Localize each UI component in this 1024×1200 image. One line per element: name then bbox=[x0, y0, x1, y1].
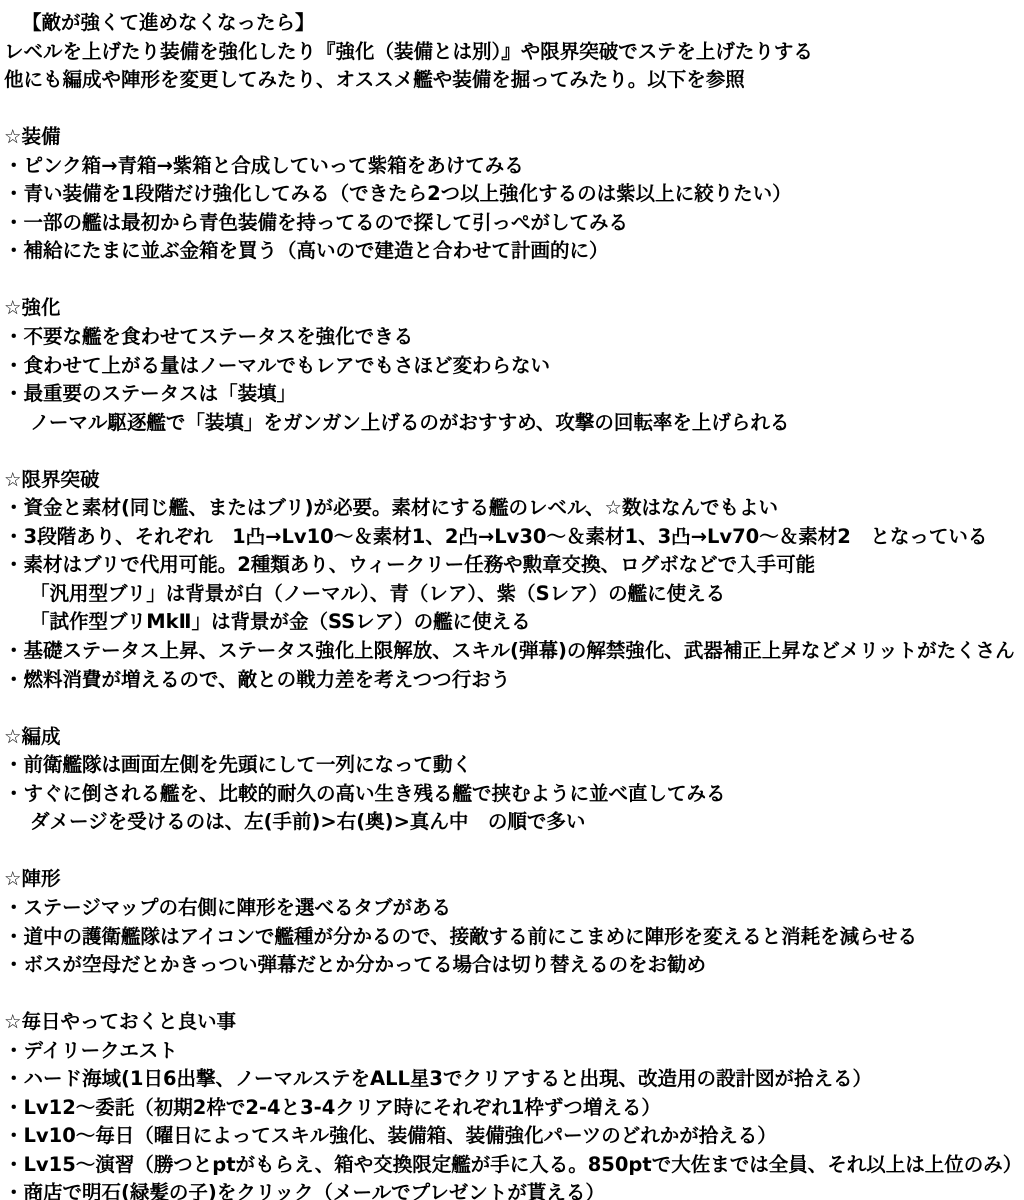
bullet-item: ・ステージマップの右側に陣形を選べるタブがある bbox=[4, 894, 1020, 923]
continuation-line: ノーマル駆逐艦で「装填」をガンガン上げるのがおすすめ、攻撃の回転率を上げられる bbox=[4, 409, 1020, 438]
intro-line-1: レベルを上げたり装備を強化したり『強化（装備とは別）』や限界突破でステを上げたり… bbox=[4, 38, 1020, 67]
bullet-item: ・最重要のステータスは「装填」 bbox=[4, 380, 1020, 409]
bullet-item: ・Lv15～演習（勝つとptがもらえ、箱や交換限定艦が手に入る。850ptで大佐… bbox=[4, 1151, 1020, 1180]
bullet-item: ・道中の護衛艦隊はアイコンで艦種が分かるので、接敵する前にこまめに陣形を変えると… bbox=[4, 923, 1020, 952]
bullet-item: ・Lv12～委託（初期2枠で2-4と3-4クリア時にそれぞれ1枠ずつ増える） bbox=[4, 1094, 1020, 1123]
intro-line-2: 他にも編成や陣形を変更してみたり、オススメ艦や装備を掘ってみたり。以下を参照 bbox=[4, 66, 1020, 95]
section-heading-equipment: ☆装備 bbox=[4, 123, 1020, 152]
bullet-item: ・ピンク箱→青箱→紫箱と合成していって紫箱をあけてみる bbox=[4, 152, 1020, 181]
bullet-item: ・ハード海域(1日6出撃、ノーマルステをALL星3でクリアすると出現、改造用の設… bbox=[4, 1065, 1020, 1094]
bullet-item: ・ボスが空母だとかきっつい弾幕だとか分かってる場合は切り替えるのをお勧め bbox=[4, 951, 1020, 980]
bullet-item: ・Lv10～毎日（曜日によってスキル強化、装備箱、装備強化パーツのどれかが拾える… bbox=[4, 1122, 1020, 1151]
section-heading-formation: ☆陣形 bbox=[4, 865, 1020, 894]
section-heading-daily-tasks: ☆毎日やっておくと良い事 bbox=[4, 1008, 1020, 1037]
bullet-item: ・燃料消費が増えるので、敵との戦力差を考えつつ行おう bbox=[4, 666, 1020, 695]
section-heading-limit-break: ☆限界突破 bbox=[4, 466, 1020, 495]
bullet-item: ・資金と素材(同じ艦、またはブリ)が必要。素材にする艦のレベル、☆数はなんでもよ… bbox=[4, 494, 1020, 523]
bullet-item: ・前衛艦隊は画面左側を先頭にして一列になって動く bbox=[4, 751, 1020, 780]
blank-line bbox=[4, 837, 1020, 866]
continuation-line: 「試作型ブリMkⅡ」は背景が金（SSレア）の艦に使える bbox=[4, 608, 1020, 637]
bullet-item: ・青い装備を1段階だけ強化してみる（できたら2つ以上強化するのは紫以上に絞りたい… bbox=[4, 180, 1020, 209]
bullet-item: ・補給にたまに並ぶ金箱を買う（高いので建造と合わせて計画的に） bbox=[4, 237, 1020, 266]
bullet-item: ・すぐに倒される艦を、比較的耐久の高い生き残る艦で挟むように並べ直してみる bbox=[4, 780, 1020, 809]
blank-line bbox=[4, 266, 1020, 295]
continuation-line: ダメージを受けるのは、左(手前)>右(奥)>真ん中 の順で多い bbox=[4, 808, 1020, 837]
continuation-line: 「汎用型ブリ」は背景が白（ノーマル）、青（レア）、紫（Sレア）の艦に使える bbox=[4, 580, 1020, 609]
blank-line bbox=[4, 980, 1020, 1009]
bullet-item: ・3段階あり、それぞれ 1凸→Lv10～＆素材1、2凸→Lv30～＆素材1、3凸… bbox=[4, 523, 1020, 552]
doc-title: 【敵が強くて進めなくなったら】 bbox=[4, 9, 1020, 38]
bullet-item: ・基礎ステータス上昇、ステータス強化上限解放、スキル(弾幕)の解禁強化、武器補正… bbox=[4, 637, 1020, 666]
blank-line bbox=[4, 437, 1020, 466]
bullet-item: ・不要な艦を食わせてステータスを強化できる bbox=[4, 323, 1020, 352]
bullet-item: ・デイリークエスト bbox=[4, 1037, 1020, 1066]
blank-line bbox=[4, 95, 1020, 124]
section-heading-enhancement: ☆強化 bbox=[4, 294, 1020, 323]
bullet-item: ・商店で明石(緑髪の子)をクリック（メールでプレゼントが貰える） bbox=[4, 1179, 1020, 1200]
section-heading-fleet-composition: ☆編成 bbox=[4, 723, 1020, 752]
guide-document: 【敵が強くて進めなくなったら】 レベルを上げたり装備を強化したり『強化（装備とは… bbox=[0, 0, 1024, 1200]
bullet-item: ・食わせて上がる量はノーマルでもレアでもさほど変わらない bbox=[4, 352, 1020, 381]
bullet-item: ・一部の艦は最初から青色装備を持ってるので探して引っぺがしてみる bbox=[4, 209, 1020, 238]
blank-line bbox=[4, 694, 1020, 723]
bullet-item: ・素材はブリで代用可能。2種類あり、ウィークリー任務や勲章交換、ログボなどで入手… bbox=[4, 551, 1020, 580]
